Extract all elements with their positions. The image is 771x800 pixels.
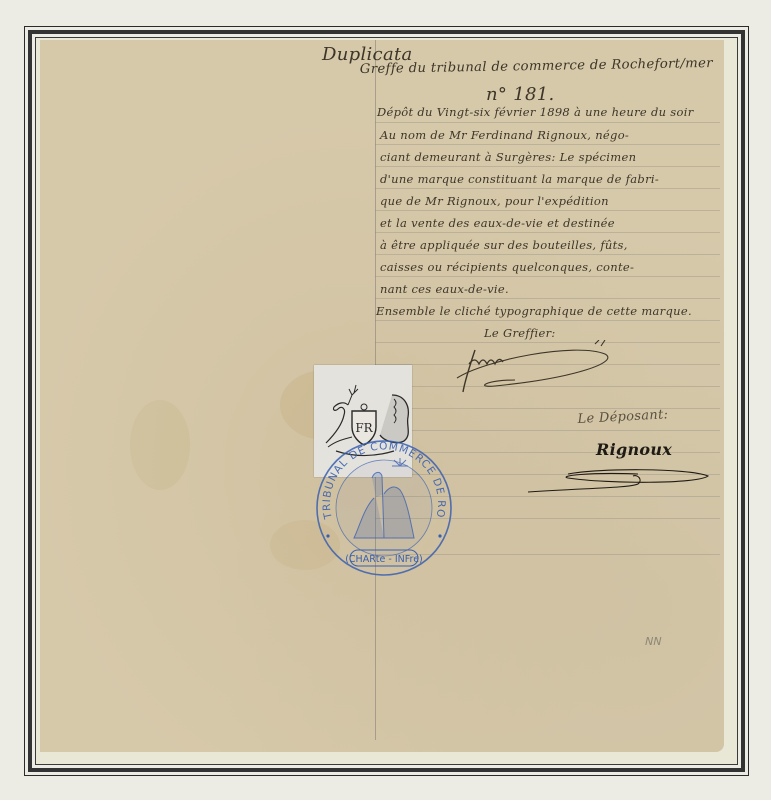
stain [130,400,190,490]
body-line: d'une marque constituant la marque de fa… [380,172,659,186]
ruled-line [375,298,720,299]
ruled-line [375,188,720,189]
ruled-line [375,166,720,167]
ruled-line [375,430,720,431]
body-line: nant ces eaux-de-vie. [380,282,509,296]
ruled-line [375,210,720,211]
greffier-label: Le Greffier: [484,326,556,340]
ruled-line [375,232,720,233]
ruled-line [375,254,720,255]
ruled-line [375,320,720,321]
greffier-signature [455,340,625,400]
body-line: à être appliquée sur des bouteilles, fût… [380,238,628,252]
body-line: Dépôt du Vingt-six février 1898 à une he… [377,105,694,119]
monogram: FR [355,421,373,435]
ruled-line [375,122,720,123]
body-line: ciant demeurant à Surgères: Le spécimen [380,150,636,164]
depositor-signature: Rignoux [596,440,672,459]
tribunal-stamp: TRIBUNAL DE COMMERCE DE ROCHEFORT (CHARt… [314,438,454,578]
body-line: que de Mr Rignoux, pour l'expédition [380,194,609,208]
body-line: caisses ou récipients quelconques, conte… [380,260,634,274]
body-line: Au nom de Mr Ferdinand Rignoux, négo- [380,128,629,142]
depositor-flourish [528,466,713,496]
pencil-mark: NN [644,635,663,648]
stamp-bottom-text: (CHARte - INFre) [345,554,423,565]
body-line: et la vente des eaux-de-vie et destinée [380,216,615,230]
ruled-line [375,408,720,409]
filing-number: n° 181. [486,84,555,105]
ruled-line [375,144,720,145]
body-line: Ensemble le cliché typographique de cett… [376,304,692,318]
ruled-line [375,276,720,277]
